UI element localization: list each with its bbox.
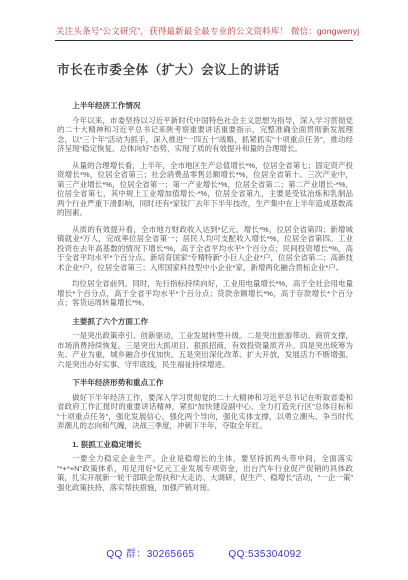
section-heading-six-areas: 主要抓了六个方面工作 <box>57 317 353 327</box>
page-footer: QQ 群：30265665QQ:535304092 <box>0 548 408 561</box>
header-divider <box>55 40 353 41</box>
section-heading-first-half-overview: 上半年经济工作情况 <box>57 101 353 111</box>
paragraph-quantity-growth: 从量的合理增长看，上半年，全市地区生产总值增长*%，位居全省第七；固定资产投资增… <box>57 161 353 218</box>
paragraph-six-areas: 一是突出政策牵引、创新驱动，工业发展转型升级。二是突出旅游带动、商贸支撑，市场消… <box>57 331 353 369</box>
promo-header: 关注头条号“公文研究”，获得最新最全最专业的公文资料库！ 微信：gongweny… <box>56 26 353 37</box>
paragraph-quality-improvement: 从质的有效提升看，全市地方财政收入达到*亿元，增长*%，位居全省第四；新增城镇就… <box>57 225 353 273</box>
section-heading-second-half-plan: 下半年经济形势和重点工作 <box>57 378 353 388</box>
document-page: 关注头条号“公文研究”，获得最新最全最专业的公文资料库！ 微信：gongweny… <box>0 0 408 580</box>
qq-number: QQ:535304092 <box>228 549 301 560</box>
document-body: 上半年经济工作情况 今年以来，市委坚持以习近平新时代中国特色社会主义思想为指导，… <box>57 101 353 499</box>
paragraph-second-half-plan: 做好下半年经济工作，要深入学习贯彻党的二十大精神和习近平总书记在听取省委和省政府… <box>57 393 353 431</box>
paragraph-leading-indicators: 均位居全省前列。同时，先行指标持续向好，工业用电量增长*%，高于全社会用电量增长… <box>57 279 353 308</box>
qq-group-number: QQ 群：30265665 <box>106 549 194 560</box>
paragraph-industry-growth: 一要全力稳定企业生产。企业是稳增长的主体，要坚持抓两头带中间，全面落实“*+*+… <box>57 454 353 492</box>
section-heading-industry-growth: 1. 狠抓工业稳定增长 <box>57 440 353 450</box>
document-title: 市长在市委全体（扩大）会议上的讲话 <box>57 62 353 78</box>
paragraph-economy-guidance: 今年以来，市委坚持以习近平新时代中国特色社会主义思想为指导，深入学习贯彻党的二十… <box>57 116 353 154</box>
promo-header-text: 关注头条号“公文研究”，获得最新最全最专业的公文资料库！ 微信：gongweny… <box>56 26 359 36</box>
